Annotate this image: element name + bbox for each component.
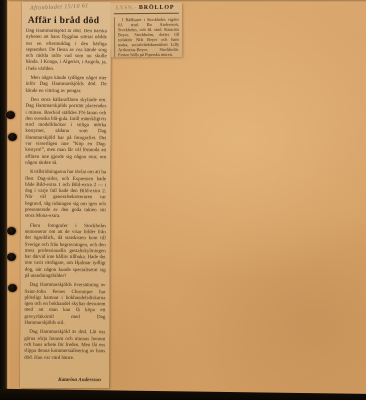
article-headline: Affär i bråd död (28, 16, 107, 26)
article-signature: Katarina Andersson (58, 377, 101, 383)
newspaper-clipping-article: Aftonbladet 15/10 61 Affär i bråd död Da… (20, 2, 111, 388)
article-paragraph: Dag Hammarskjöld är död. Låt oss gärna s… (24, 330, 105, 362)
article-body: Dag Hammarskjöld är död. Den barska nyhe… (24, 29, 107, 365)
wedding-section-header: LYSN.- BRÖLLOP (114, 5, 179, 14)
scanned-scrapbook-page: Aftonbladet 15/10 61 Affär i bråd död Da… (0, 0, 366, 400)
wedding-notice-body: I Rådhuset i Stockholm vigdes fil. stud.… (114, 16, 179, 57)
handwritten-annotation: Aftonbladet 15/10 61 (30, 2, 111, 11)
punch-hole (8, 133, 17, 141)
article-paragraph: Kvällstidningarna har tävlat om att ha f… (25, 170, 106, 221)
article-paragraph: Dag Hammarskjöld är död. Den barska nyhe… (26, 29, 107, 74)
wedding-header-title: BRÖLLOP (139, 5, 175, 11)
page-left-edge-highlight (7, 0, 10, 400)
punch-hole (6, 111, 15, 119)
punch-hole (7, 227, 16, 235)
punch-hole (7, 253, 16, 261)
article-paragraph: Men några kände tydligen något mer inför… (26, 76, 107, 95)
article-paragraph: Dag Hammarskjölds översättning av Saint-… (24, 283, 105, 328)
article-paragraph: Den stora källaraffären skyltade om. Dag… (25, 98, 106, 168)
newspaper-clipping-wedding: LYSN.- BRÖLLOP I Rådhuset i Stockholm vi… (111, 3, 182, 57)
article-paragraph: Flera fotografer i Stockholm annonserar … (25, 223, 106, 280)
punch-hole (8, 284, 17, 292)
wedding-header-kicker: LYSN.- (116, 5, 137, 11)
